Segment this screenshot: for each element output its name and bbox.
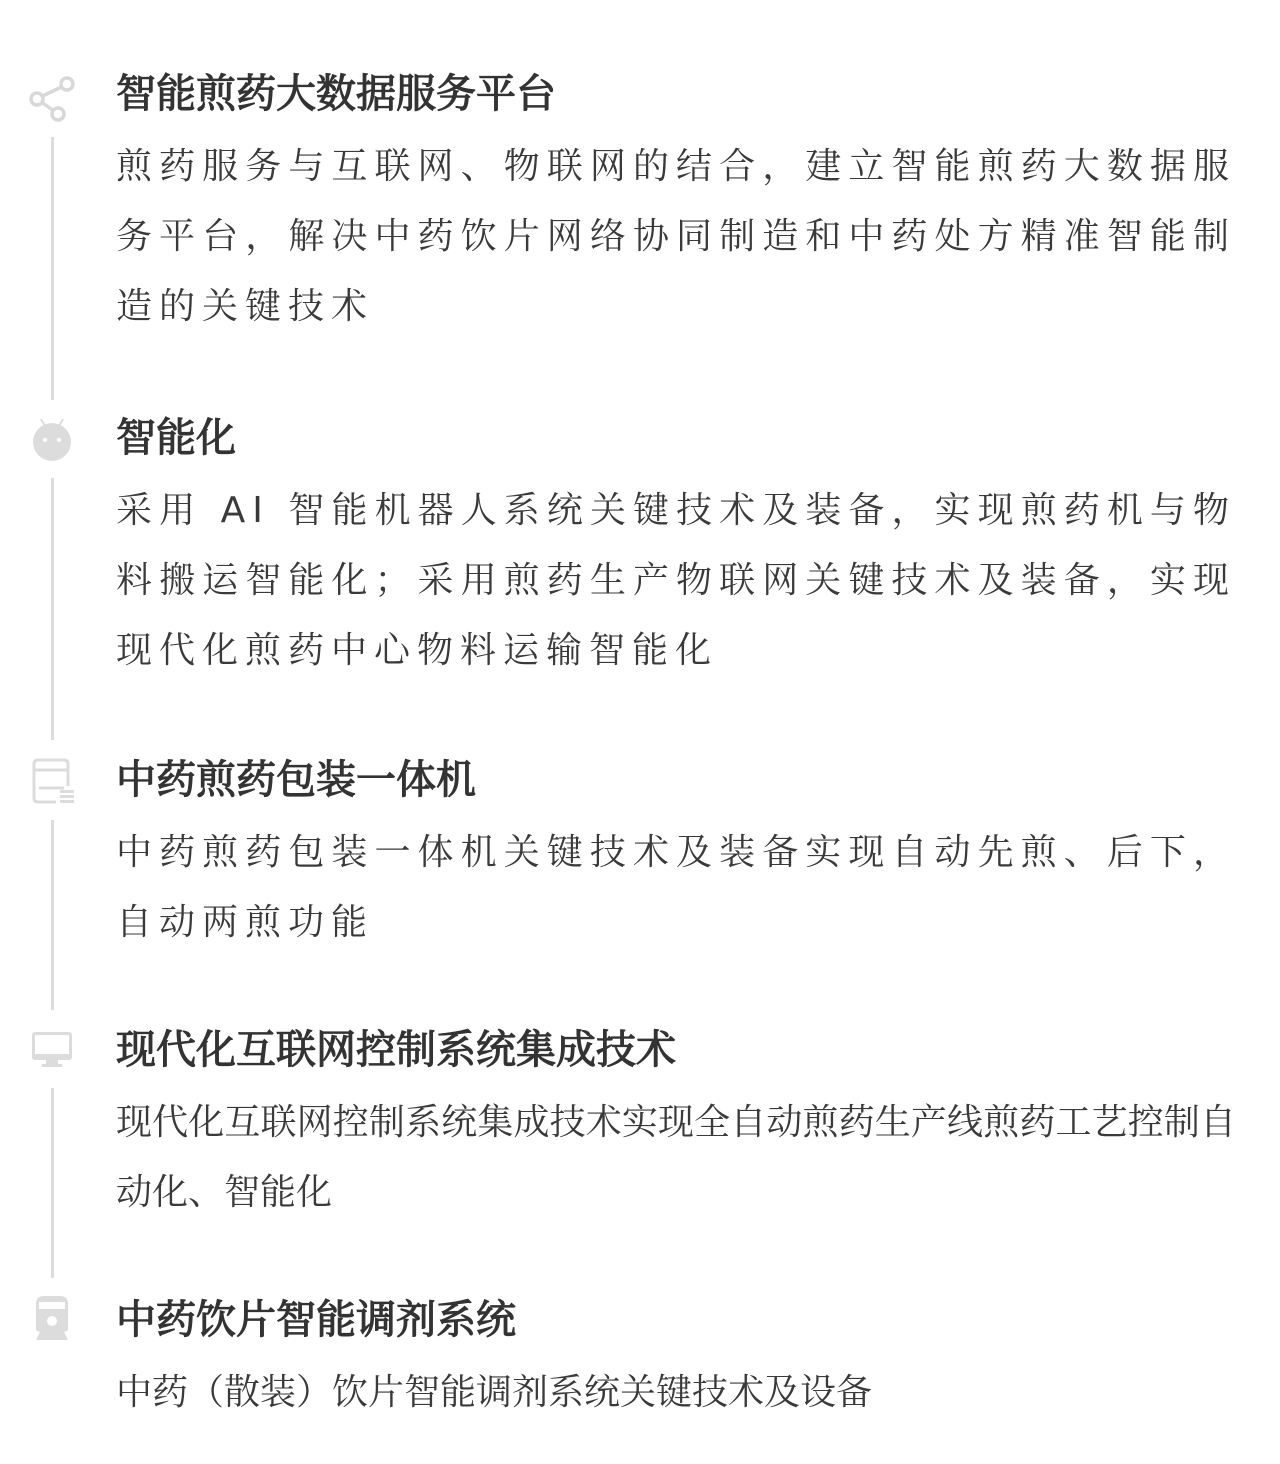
item-description: 采用 AI 智能机器人系统关键技术及装备，实现煎药机与物料搬运智能化；采用煎药生…	[116, 476, 1236, 686]
item-title: 中药饮片智能调剂系统	[116, 1296, 1236, 1344]
android-robot-icon	[26, 412, 78, 464]
timeline-item: 中药煎药包装一体机 中药煎药包装一体机关键技术及装备实现自动先煎、后下，自动两煎…	[116, 756, 1236, 958]
timeline-item: 智能煎药大数据服务平台 煎药服务与互联网、物联网的结合，建立智能煎药大数据服务平…	[116, 70, 1236, 342]
timeline-item: 中药饮片智能调剂系统 中药（散装）饮片智能调剂系统关键技术及设备	[116, 1296, 1236, 1428]
item-description: 煎药服务与互联网、物联网的结合，建立智能煎药大数据服务平台，解决中药饮片网络协同…	[116, 132, 1236, 342]
share-icon	[26, 72, 78, 124]
item-description: 中药（散装）饮片智能调剂系统关键技术及设备	[116, 1358, 1236, 1428]
item-title: 中药煎药包装一体机	[116, 756, 1236, 804]
item-description: 现代化互联网控制系统集成技术实现全自动煎药生产线煎药工艺控制自动化、智能化	[116, 1088, 1236, 1228]
timeline-item: 现代化互联网控制系统集成技术 现代化互联网控制系统集成技术实现全自动煎药生产线煎…	[116, 1026, 1236, 1228]
item-title: 智能煎药大数据服务平台	[116, 70, 1236, 118]
item-description: 中药煎药包装一体机关键技术及装备实现自动先煎、后下，自动两煎功能	[116, 818, 1236, 958]
train-icon	[26, 1292, 78, 1344]
timeline-connector	[51, 137, 54, 400]
item-title: 现代化互联网控制系统集成技术	[116, 1026, 1236, 1074]
item-title: 智能化	[116, 414, 1236, 462]
monitor-icon	[26, 1022, 78, 1074]
timeline-connector	[51, 1088, 54, 1278]
feature-timeline: 智能煎药大数据服务平台 煎药服务与互联网、物联网的结合，建立智能煎药大数据服务平…	[0, 0, 1280, 1464]
timeline-connector	[51, 478, 54, 740]
document-list-icon	[26, 754, 78, 806]
timeline-connector	[51, 820, 54, 1010]
timeline-item: 智能化 采用 AI 智能机器人系统关键技术及装备，实现煎药机与物料搬运智能化；采…	[116, 414, 1236, 686]
